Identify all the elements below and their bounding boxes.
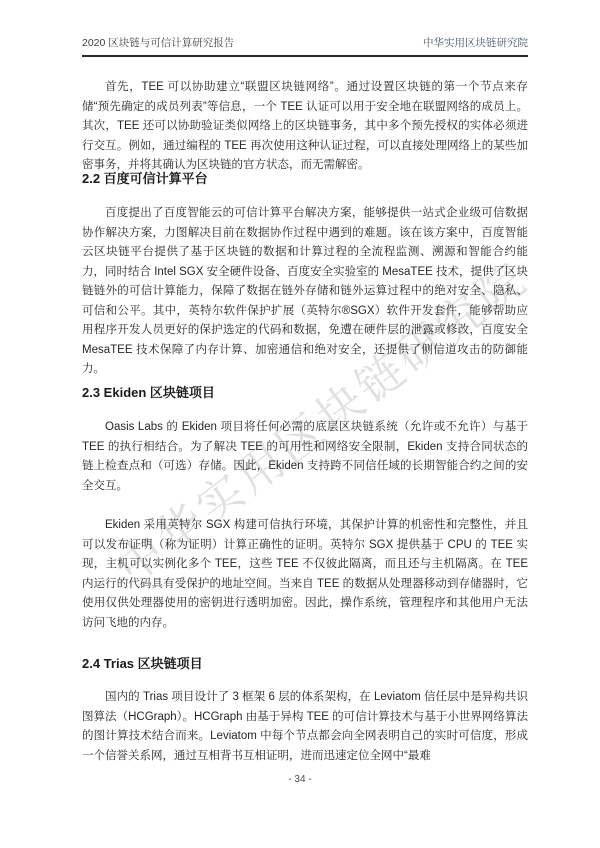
page-number: - 34 - bbox=[0, 774, 600, 785]
paragraph-text: 百度提出了百度智能云的可信计算平台解决方案，能够提供一站式企业级可信数据协作解决… bbox=[82, 204, 528, 380]
paragraph-trias: 国内的 Trias 项目设计了 3 框架 6 层的体系架构，在 Leviatom… bbox=[82, 688, 528, 766]
section-heading-baidu: 2.2 百度可信计算平台 bbox=[82, 170, 528, 187]
paragraph-text: 首先，TEE 可以协助建立“联盟区块链网络”。通过设置区块链的第一个节点来存储“… bbox=[82, 78, 528, 176]
document-page: 2020 区块链与可信计算研究报告 中华实用区块链研究院 中华实用区块链研究院 … bbox=[0, 0, 600, 848]
section-heading-ekiden: 2.3 Ekiden 区块链项目 bbox=[82, 384, 528, 401]
page-header: 2020 区块链与可信计算研究报告 中华实用区块链研究院 bbox=[82, 36, 528, 57]
paragraph-baidu: 百度提出了百度智能云的可信计算平台解决方案，能够提供一站式企业级可信数据协作解决… bbox=[82, 204, 528, 380]
paragraph-ekiden-2: Ekiden 采用英特尔 SGX 构建可信执行环境，其保护计算的机密性和完整性，… bbox=[82, 516, 528, 633]
section-heading-trias: 2.4 Trias 区块链项目 bbox=[82, 655, 528, 672]
header-institute-name: 中华实用区块链研究院 bbox=[423, 36, 528, 50]
paragraph-text: Ekiden 采用英特尔 SGX 构建可信执行环境，其保护计算的机密性和完整性，… bbox=[82, 516, 528, 633]
paragraph-text: Oasis Labs 的 Ekiden 项目将任何必需的底层区块链系统（允许或不… bbox=[82, 418, 528, 496]
paragraph-text: 国内的 Trias 项目设计了 3 框架 6 层的体系架构，在 Leviatom… bbox=[82, 688, 528, 766]
paragraph-tee-intro: 首先，TEE 可以协助建立“联盟区块链网络”。通过设置区块链的第一个节点来存储“… bbox=[82, 78, 528, 176]
header-report-title: 2020 区块链与可信计算研究报告 bbox=[82, 36, 234, 50]
paragraph-ekiden-1: Oasis Labs 的 Ekiden 项目将任何必需的底层区块链系统（允许或不… bbox=[82, 418, 528, 496]
